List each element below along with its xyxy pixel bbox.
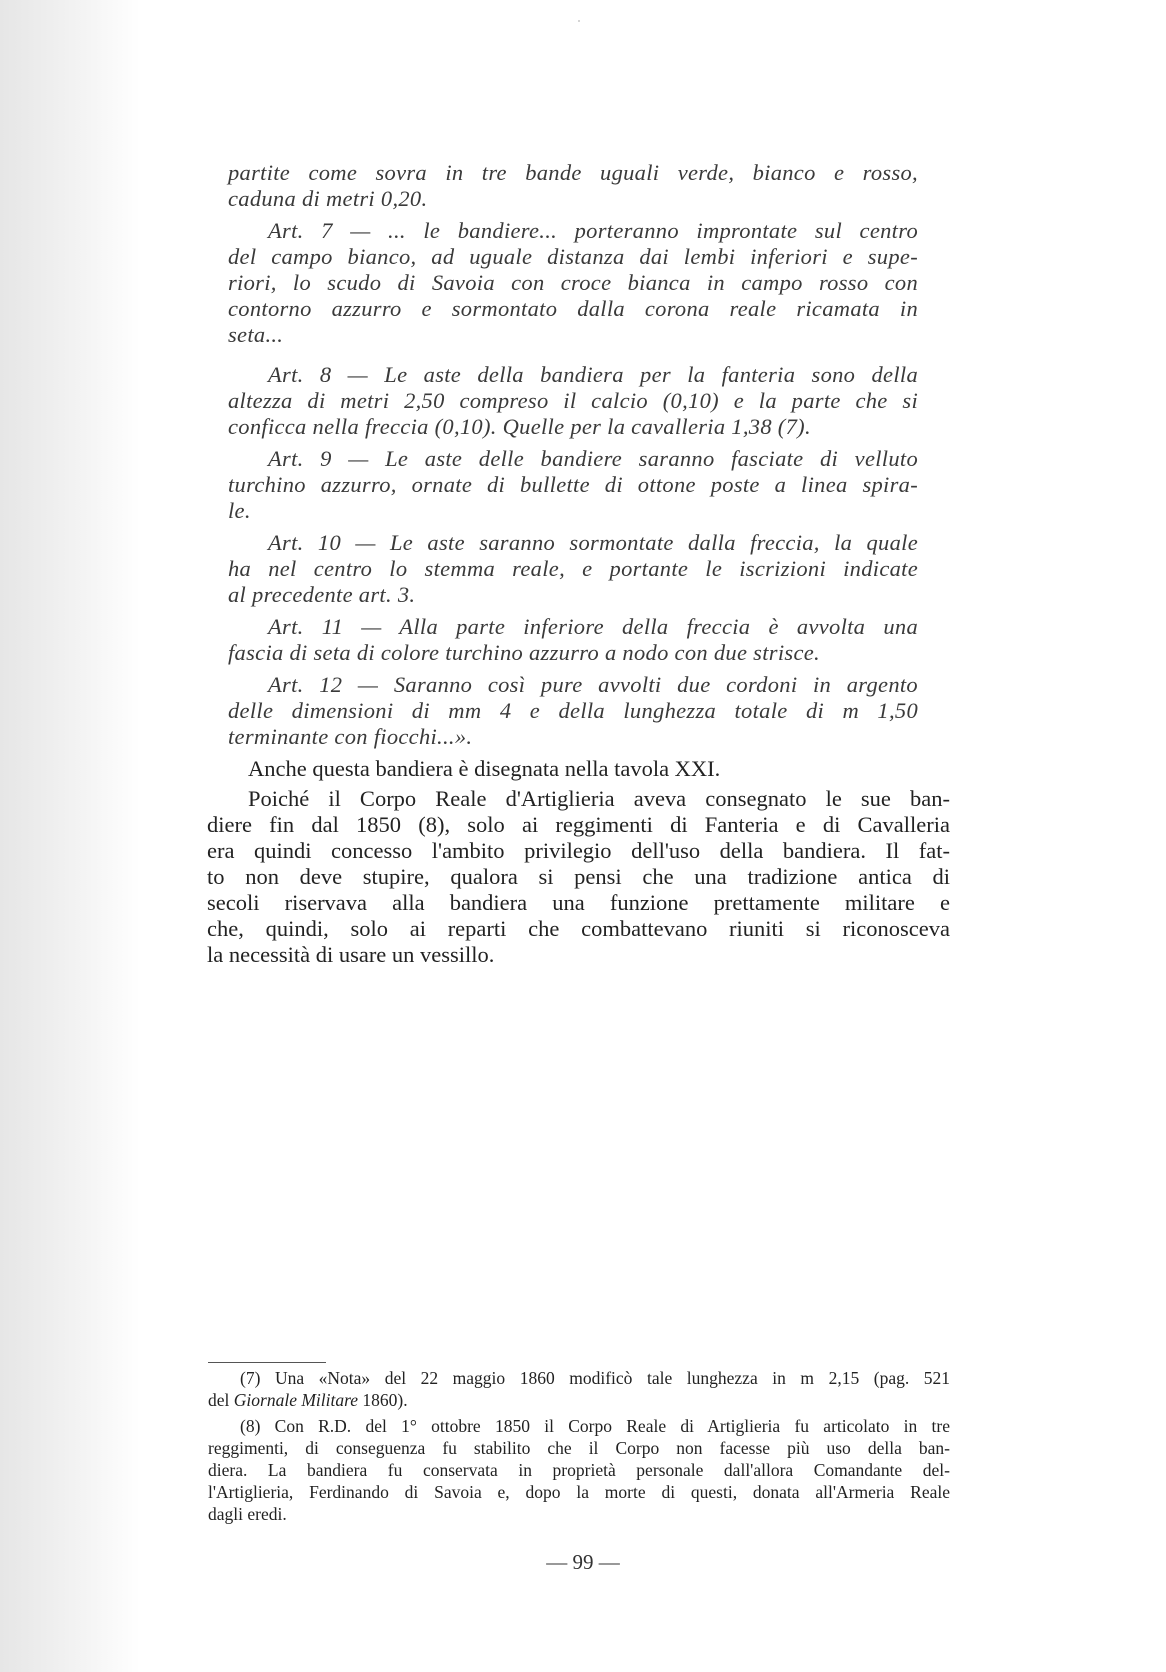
body-line: era quindi concesso l'ambito privilegio … [207, 838, 950, 864]
footnote-8-line: diera. La bandiera fu conservata in prop… [208, 1460, 950, 1481]
body-line: la necessità di usare un vessillo. [207, 942, 494, 968]
page-number: — 99 — [0, 1550, 1166, 1575]
footnote-8-line: (8) Con R.D. del 1° ottobre 1850 il Corp… [240, 1416, 950, 1437]
footnote-7-line: (7) Una «Nota» del 22 maggio 1860 modifi… [240, 1368, 950, 1389]
text-line: al precedente art. 3. [228, 582, 415, 608]
text-line: conficca nella freccia (0,10). Quelle pe… [228, 414, 811, 440]
footnote-8-line: reggimenti, di conseguenza fu stabilito … [208, 1438, 950, 1459]
text-line: seta... [228, 322, 283, 348]
article-10-line: Art. 10 — Le aste saranno sormontate dal… [268, 530, 918, 556]
article-12-line: Art. 12 — Saranno così pure avvolti due … [268, 672, 918, 698]
body-line: secoli riservava alla bandiera una funzi… [207, 890, 950, 916]
text-line: partite come sovra in tre bande uguali v… [228, 160, 918, 186]
body-line: diere fin dal 1850 (8), solo ai reggimen… [207, 812, 950, 838]
journal-title: Giornale Militare [234, 1390, 358, 1410]
article-11-line: Art. 11 — Alla parte inferiore della fre… [268, 614, 918, 640]
footnote-8-line: l'Artiglieria, Ferdinando di Savoia e, d… [208, 1482, 950, 1503]
text-line: turchino azzurro, ornate di bullette di … [228, 472, 918, 498]
text-line: riori, lo scudo di Savoia con croce bian… [228, 270, 918, 296]
text-line: del campo bianco, ad uguale distanza dai… [228, 244, 918, 270]
body-line: che, quindi, solo ai reparti che combatt… [207, 916, 950, 942]
footnote-separator [208, 1362, 326, 1363]
text-line: ha nel centro lo stemma reale, e portant… [228, 556, 918, 582]
scan-speck [578, 20, 580, 22]
footnote-8-line: dagli eredi. [208, 1504, 287, 1525]
article-8-line: Art. 8 — Le aste della bandiera per la f… [268, 362, 918, 388]
body-line: Poiché il Corpo Reale d'Artiglieria avev… [248, 786, 950, 812]
text-line: terminante con fiocchi...». [228, 724, 472, 750]
footnote-text: del [208, 1390, 234, 1410]
text-line: delle dimensioni di mm 4 e della lunghez… [228, 698, 918, 724]
footnote-text: 1860). [358, 1390, 408, 1410]
scan-gutter-shadow [0, 0, 140, 1672]
article-7-line: Art. 7 — ... le bandiere... porteranno i… [268, 218, 918, 244]
text-line: le. [228, 498, 251, 524]
footnote-7-line: del Giornale Militare 1860). [208, 1390, 408, 1411]
article-9-line: Art. 9 — Le aste delle bandiere saranno … [268, 446, 918, 472]
body-line: Anche questa bandiera è disegnata nella … [248, 756, 720, 782]
text-line: altezza di metri 2,50 compreso il calcio… [228, 388, 918, 414]
text-line: caduna di metri 0,20. [228, 186, 427, 212]
text-line: fascia di seta di colore turchino azzurr… [228, 640, 820, 666]
body-line: to non deve stupire, qualora si pensi ch… [207, 864, 950, 890]
text-line: contorno azzurro e sormontato dalla coro… [228, 296, 918, 322]
